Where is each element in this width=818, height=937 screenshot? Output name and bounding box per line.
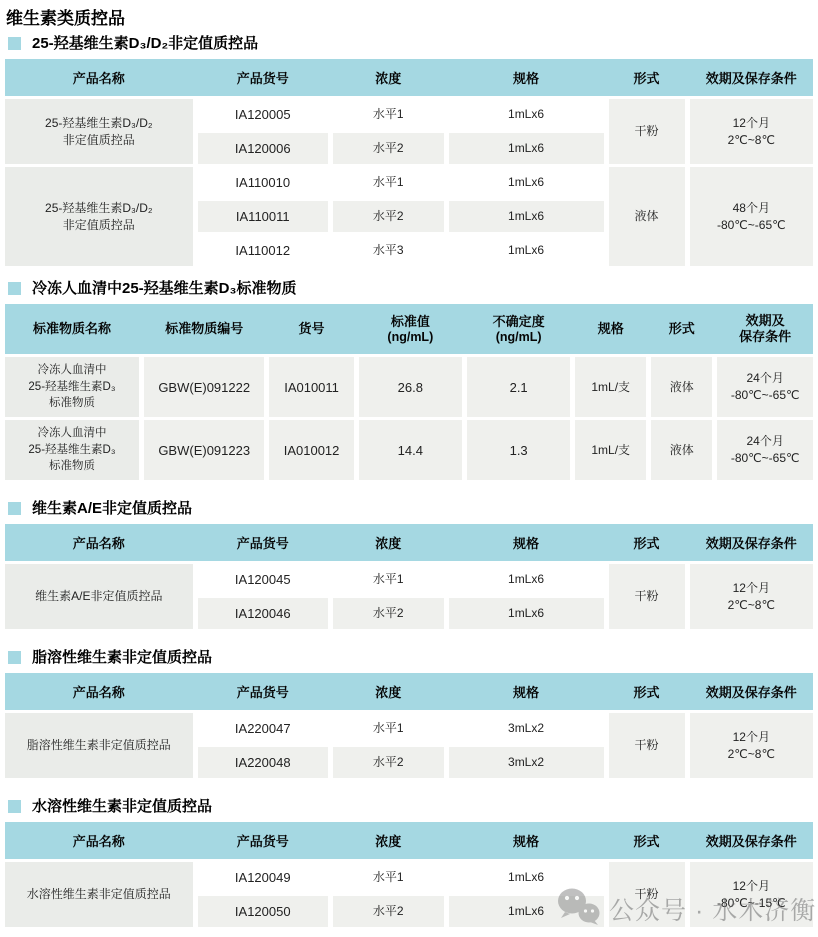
form-cell: 干粉 bbox=[609, 862, 685, 927]
spec-cell: 3mLx2 bbox=[449, 747, 604, 778]
material-id-cell: GBW(E)091223 bbox=[144, 420, 265, 480]
product-name-cell: 25-羟基维生素D₃/D₂ 非定值质控品 bbox=[5, 99, 193, 164]
product-name-cell: 脂溶性维生素非定值质控品 bbox=[5, 713, 193, 778]
uncertainty-cell: 2.1 bbox=[467, 357, 570, 417]
material-name-cell: 冷冻人血清中 25-羟基维生素D₃ 标准物质 bbox=[5, 357, 139, 417]
expiry-line: 2℃~8℃ bbox=[728, 132, 775, 149]
expiry-line: 2℃~8℃ bbox=[728, 746, 775, 763]
spec-cell: 1mLx6 bbox=[449, 598, 604, 629]
section-bullet-icon bbox=[8, 502, 21, 515]
section-title: 水溶性维生素非定值质控品 bbox=[32, 799, 212, 814]
col-header-form: 形式 bbox=[609, 831, 685, 850]
level-cell: 水平3 bbox=[333, 235, 444, 266]
name-line: 非定值质控品 bbox=[63, 132, 135, 149]
spec-cell: 1mLx6 bbox=[449, 235, 604, 266]
product-code-cell: IA120050 bbox=[198, 896, 328, 927]
section-header-2: 冷冻人血清中25-羟基维生素D₃标准物质 bbox=[8, 281, 813, 296]
header-line: 保存条件 bbox=[739, 329, 791, 345]
name-line: 25-羟基维生素D₃/D₂ bbox=[45, 200, 153, 217]
header-line: 效期及 bbox=[746, 313, 785, 329]
col-header-product-name: 产品名称 bbox=[5, 533, 193, 552]
name-line: 水溶性维生素非定值质控品 bbox=[27, 886, 171, 903]
col-header-form: 形式 bbox=[609, 533, 685, 552]
section-bullet-icon bbox=[8, 282, 21, 295]
product-code-cell: IA220048 bbox=[198, 747, 328, 778]
uncertainty-cell: 1.3 bbox=[467, 420, 570, 480]
product-code-cell: IA120049 bbox=[198, 862, 328, 893]
spec-cell: 1mLx6 bbox=[449, 99, 604, 130]
header-line: 标准值 bbox=[391, 314, 430, 330]
col-header-spec: 规格 bbox=[449, 682, 604, 701]
document-page: 维生素类质控品 25-羟基维生素D₃/D₂非定值质控品 产品名称 产品货号 浓度… bbox=[0, 0, 818, 927]
table-vitamin-d: 产品名称 产品货号 浓度 规格 形式 效期及保存条件 25-羟基维生素D₃/D₂… bbox=[5, 59, 813, 266]
expiry-line: 48个月 bbox=[733, 200, 770, 217]
col-header-material-name: 标准物质名称 bbox=[5, 321, 139, 337]
col-header-spec: 规格 bbox=[575, 321, 646, 337]
level-cell: 水平1 bbox=[333, 99, 444, 130]
col-header-product-code: 产品货号 bbox=[198, 831, 328, 850]
col-header-uncertainty: 不确定度 (ng/mL) bbox=[467, 314, 570, 345]
product-name-cell: 水溶性维生素非定值质控品 bbox=[5, 862, 193, 927]
standard-value-cell: 14.4 bbox=[359, 420, 462, 480]
table-body: 冷冻人血清中 25-羟基维生素D₃ 标准物质 GBW(E)091222 IA01… bbox=[5, 357, 813, 480]
expiry-line: -80℃~-65℃ bbox=[731, 450, 800, 467]
name-line: 维生素A/E非定值质控品 bbox=[35, 588, 162, 605]
product-code-cell: IA110011 bbox=[198, 201, 328, 232]
name-line: 冷冻人血清中 bbox=[37, 362, 106, 379]
col-header-product-code: 产品货号 bbox=[198, 68, 328, 87]
header-line: 不确定度 bbox=[493, 314, 545, 330]
expiry-cell: 12个月 2℃~8℃ bbox=[690, 99, 813, 164]
expiry-line: 12个月 bbox=[733, 878, 770, 895]
header-line: (ng/mL) bbox=[496, 330, 542, 345]
col-header-concentration: 浓度 bbox=[333, 533, 444, 552]
name-line: 25-羟基维生素D₃ bbox=[28, 379, 115, 396]
col-header-standard-value: 标准值 (ng/mL) bbox=[359, 314, 462, 345]
product-name-cell: 25-羟基维生素D₃/D₂ 非定值质控品 bbox=[5, 167, 193, 266]
product-code-cell: IA110010 bbox=[198, 167, 328, 198]
col-header-spec: 规格 bbox=[449, 68, 604, 87]
spec-cell: 1mLx6 bbox=[449, 201, 604, 232]
form-cell: 干粉 bbox=[609, 713, 685, 778]
table-body: 25-羟基维生素D₃/D₂ 非定值质控品 IA120005 水平1 1mLx6 … bbox=[5, 99, 813, 266]
header-line: (ng/mL) bbox=[387, 330, 433, 345]
section-header-3: 维生素A/E非定值质控品 bbox=[8, 501, 813, 516]
col-header-form: 形式 bbox=[651, 321, 712, 337]
spec-cell: 1mL/支 bbox=[575, 357, 646, 417]
name-line: 标准物质 bbox=[49, 458, 95, 475]
header-line: 规格 bbox=[598, 321, 624, 337]
col-header-product-name: 产品名称 bbox=[5, 831, 193, 850]
name-line: 标准物质 bbox=[49, 395, 95, 412]
section-header-1: 25-羟基维生素D₃/D₂非定值质控品 bbox=[8, 36, 813, 51]
expiry-line: 24个月 bbox=[746, 433, 783, 450]
product-code-cell: IA120045 bbox=[198, 564, 328, 595]
standard-value-cell: 26.8 bbox=[359, 357, 462, 417]
spec-cell: 1mLx6 bbox=[449, 862, 604, 893]
section-title: 冷冻人血清中25-羟基维生素D₃标准物质 bbox=[32, 281, 296, 296]
name-line: 25-羟基维生素D₃ bbox=[28, 442, 115, 459]
level-cell: 水平1 bbox=[333, 167, 444, 198]
col-header-spec: 规格 bbox=[449, 533, 604, 552]
code-cell: IA010011 bbox=[269, 357, 353, 417]
spec-cell: 1mLx6 bbox=[449, 167, 604, 198]
spec-cell: 1mLx6 bbox=[449, 564, 604, 595]
col-header-product-code: 产品货号 bbox=[198, 533, 328, 552]
section-header-5: 水溶性维生素非定值质控品 bbox=[8, 799, 813, 814]
table-header-row: 产品名称 产品货号 浓度 规格 形式 效期及保存条件 bbox=[5, 524, 813, 561]
product-code-cell: IA110012 bbox=[198, 235, 328, 266]
section-header-4: 脂溶性维生素非定值质控品 bbox=[8, 650, 813, 665]
level-cell: 水平2 bbox=[333, 598, 444, 629]
page-title: 维生素类质控品 bbox=[6, 8, 813, 30]
expiry-cell: 12个月 2℃~8℃ bbox=[690, 564, 813, 629]
table-water-soluble-vitamin: 产品名称 产品货号 浓度 规格 形式 效期及保存条件 水溶性维生素非定值质控品 … bbox=[5, 822, 813, 927]
col-header-spec: 规格 bbox=[449, 831, 604, 850]
header-line: 货号 bbox=[299, 321, 325, 337]
table-reference-material: 标准物质名称 标准物质编号 货号 标准值 (ng/mL) 不确定度 (ng/mL… bbox=[5, 304, 813, 480]
col-header-form: 形式 bbox=[609, 682, 685, 701]
expiry-cell: 48个月 -80℃~-65℃ bbox=[690, 167, 813, 266]
col-header-concentration: 浓度 bbox=[333, 682, 444, 701]
level-cell: 水平2 bbox=[333, 747, 444, 778]
header-line: 形式 bbox=[669, 321, 695, 337]
spec-cell: 1mLx6 bbox=[449, 896, 604, 927]
expiry-cell: 24个月 -80℃~-65℃ bbox=[717, 357, 813, 417]
material-name-cell: 冷冻人血清中 25-羟基维生素D₃ 标准物质 bbox=[5, 420, 139, 480]
col-header-expiry: 效期及保存条件 bbox=[690, 68, 813, 87]
level-cell: 水平2 bbox=[333, 201, 444, 232]
name-line: 25-羟基维生素D₃/D₂ bbox=[45, 115, 153, 132]
form-cell: 液体 bbox=[609, 167, 685, 266]
form-cell: 干粉 bbox=[609, 99, 685, 164]
spec-cell: 1mLx6 bbox=[449, 133, 604, 164]
product-code-cell: IA120046 bbox=[198, 598, 328, 629]
col-header-expiry: 效期及保存条件 bbox=[690, 682, 813, 701]
level-cell: 水平2 bbox=[333, 896, 444, 927]
table-header-row: 产品名称 产品货号 浓度 规格 形式 效期及保存条件 bbox=[5, 822, 813, 859]
name-line: 冷冻人血清中 bbox=[37, 425, 106, 442]
expiry-line: 2℃~8℃ bbox=[728, 597, 775, 614]
expiry-line: -80℃~-65℃ bbox=[731, 387, 800, 404]
table-body: 脂溶性维生素非定值质控品 IA220047 水平1 3mLx2 IA220048… bbox=[5, 713, 813, 778]
col-header-expiry: 效期及 保存条件 bbox=[717, 313, 813, 345]
level-cell: 水平1 bbox=[333, 564, 444, 595]
expiry-line: -80℃~-15℃ bbox=[717, 895, 786, 912]
expiry-line: 12个月 bbox=[733, 580, 770, 597]
table-body: 水溶性维生素非定值质控品 IA120049 水平1 1mLx6 IA120050… bbox=[5, 862, 813, 927]
table-header-row: 产品名称 产品货号 浓度 规格 形式 效期及保存条件 bbox=[5, 59, 813, 96]
col-header-product-name: 产品名称 bbox=[5, 682, 193, 701]
spec-cell: 3mLx2 bbox=[449, 713, 604, 744]
product-code-cell: IA120006 bbox=[198, 133, 328, 164]
table-header-row: 产品名称 产品货号 浓度 规格 形式 效期及保存条件 bbox=[5, 673, 813, 710]
product-name-cell: 维生素A/E非定值质控品 bbox=[5, 564, 193, 629]
header-line: 标准物质编号 bbox=[165, 321, 243, 337]
section-title: 维生素A/E非定值质控品 bbox=[32, 501, 192, 516]
table-fat-soluble-vitamin: 产品名称 产品货号 浓度 规格 形式 效期及保存条件 脂溶性维生素非定值质控品 … bbox=[5, 673, 813, 778]
expiry-cell: 12个月 2℃~8℃ bbox=[690, 713, 813, 778]
section-title: 25-羟基维生素D₃/D₂非定值质控品 bbox=[32, 36, 258, 51]
expiry-line: 24个月 bbox=[746, 370, 783, 387]
form-cell: 液体 bbox=[651, 420, 712, 480]
section-title: 脂溶性维生素非定值质控品 bbox=[32, 650, 212, 665]
col-header-form: 形式 bbox=[609, 68, 685, 87]
expiry-cell: 12个月 -80℃~-15℃ bbox=[690, 862, 813, 927]
name-line: 非定值质控品 bbox=[63, 217, 135, 234]
level-cell: 水平1 bbox=[333, 862, 444, 893]
col-header-expiry: 效期及保存条件 bbox=[690, 831, 813, 850]
header-line: 标准物质名称 bbox=[33, 321, 111, 337]
expiry-line: 12个月 bbox=[733, 729, 770, 746]
spec-cell: 1mL/支 bbox=[575, 420, 646, 480]
level-cell: 水平2 bbox=[333, 133, 444, 164]
col-header-product-name: 产品名称 bbox=[5, 68, 193, 87]
form-cell: 液体 bbox=[651, 357, 712, 417]
table-body: 维生素A/E非定值质控品 IA120045 水平1 1mLx6 IA120046… bbox=[5, 564, 813, 629]
material-id-cell: GBW(E)091222 bbox=[144, 357, 265, 417]
section-bullet-icon bbox=[8, 800, 21, 813]
product-code-cell: IA220047 bbox=[198, 713, 328, 744]
table-header-row: 标准物质名称 标准物质编号 货号 标准值 (ng/mL) 不确定度 (ng/mL… bbox=[5, 304, 813, 354]
col-header-expiry: 效期及保存条件 bbox=[690, 533, 813, 552]
code-cell: IA010012 bbox=[269, 420, 353, 480]
table-vitamin-ae: 产品名称 产品货号 浓度 规格 形式 效期及保存条件 维生素A/E非定值质控品 … bbox=[5, 524, 813, 629]
expiry-line: 12个月 bbox=[733, 115, 770, 132]
col-header-concentration: 浓度 bbox=[333, 68, 444, 87]
col-header-code: 货号 bbox=[269, 321, 353, 337]
form-cell: 干粉 bbox=[609, 564, 685, 629]
col-header-material-id: 标准物质编号 bbox=[144, 321, 265, 337]
level-cell: 水平1 bbox=[333, 713, 444, 744]
section-bullet-icon bbox=[8, 37, 21, 50]
product-code-cell: IA120005 bbox=[198, 99, 328, 130]
name-line: 脂溶性维生素非定值质控品 bbox=[27, 737, 171, 754]
col-header-concentration: 浓度 bbox=[333, 831, 444, 850]
col-header-product-code: 产品货号 bbox=[198, 682, 328, 701]
expiry-cell: 24个月 -80℃~-65℃ bbox=[717, 420, 813, 480]
section-bullet-icon bbox=[8, 651, 21, 664]
expiry-line: -80℃~-65℃ bbox=[717, 217, 786, 234]
